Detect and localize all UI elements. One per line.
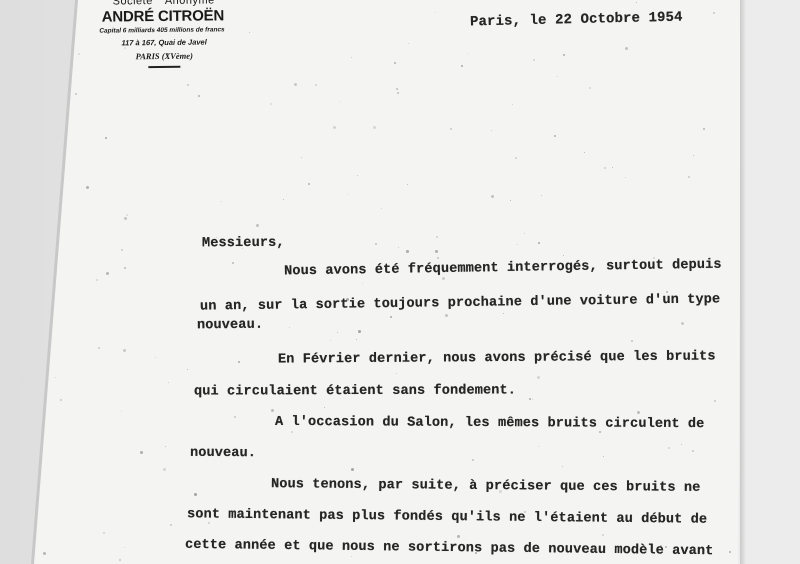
paper-speck [625, 177, 626, 178]
paper-speck [398, 247, 399, 248]
paper-speck [436, 236, 438, 238]
company-capital: Capital 6 milliards 405 millions de fran… [84, 24, 240, 38]
paper-speck [636, 2, 637, 3]
paper-speck [121, 249, 123, 251]
paper-speck [396, 373, 397, 374]
paper-speck [461, 65, 463, 67]
paper-speck [713, 12, 715, 14]
body-line: nouveau. [197, 318, 263, 334]
paper-speck [339, 101, 340, 102]
paper-speck [408, 43, 409, 44]
paper-speck [394, 62, 396, 64]
paper-speck [612, 167, 613, 168]
paper-speck [194, 493, 197, 496]
paper-speck [602, 534, 604, 536]
paper-speck [358, 330, 361, 333]
paper-speck [472, 459, 474, 461]
paper-speck [86, 186, 89, 189]
paper-speck [681, 322, 684, 325]
paper-speck [517, 244, 518, 245]
paper-speck [533, 59, 535, 61]
paper-speck [563, 54, 565, 56]
paper-speck [515, 157, 517, 159]
paper-speck [442, 277, 445, 280]
paper-speck [330, 340, 331, 341]
paper-speck [584, 152, 585, 153]
paper-speck [289, 327, 290, 328]
paper-speck [98, 347, 100, 349]
paper-speck [563, 255, 564, 256]
paper-speck [491, 130, 492, 131]
paper-speck [703, 128, 705, 130]
company-name: ANDRÉ CITROËN [86, 7, 240, 26]
company-type-word-2: Anonyme [165, 0, 215, 7]
paper-speck [333, 126, 336, 129]
paper-speck [283, 199, 284, 200]
paper-speck [294, 83, 297, 86]
paper-speck [163, 468, 166, 471]
paper-speck [315, 84, 317, 86]
paper-speck [524, 233, 525, 234]
paper-speck [445, 314, 448, 317]
company-type-word-1: Société [113, 0, 153, 7]
paper-speck [124, 217, 127, 220]
paper-speck [348, 194, 349, 195]
paper-speck [324, 407, 325, 408]
paper-speck [693, 155, 694, 156]
paper-speck [271, 409, 274, 412]
paper-speck [450, 128, 452, 130]
paper-speck [168, 382, 169, 383]
paper-speck [491, 195, 494, 198]
paper-speck [232, 262, 234, 264]
paper-speck [714, 400, 716, 402]
paper-speck [554, 135, 556, 137]
paper-speck [221, 201, 222, 202]
paper-speck [562, 466, 563, 467]
paper-speck [557, 76, 558, 77]
paper-speck [357, 175, 358, 176]
paper-speck [238, 361, 240, 363]
paper-speck [538, 242, 540, 244]
paper-speck [351, 468, 354, 471]
paper-speck [249, 32, 250, 33]
paper-speck [688, 176, 690, 178]
body-line: nouveau. [190, 446, 256, 461]
paper-speck [529, 398, 531, 400]
paper-speck [603, 456, 604, 457]
paper-speck [126, 214, 128, 216]
paper-speck [96, 279, 98, 281]
paper-speck [381, 208, 382, 209]
paper-speck [301, 157, 302, 158]
paper-speck [119, 559, 121, 561]
paper-speck [681, 444, 682, 445]
paper-speck [390, 316, 392, 318]
paper-speck [308, 183, 310, 185]
paper-speck [604, 167, 606, 169]
paper-speck [668, 447, 670, 449]
paper-speck [397, 92, 399, 94]
paper-speck [170, 524, 172, 526]
paper-speck [256, 224, 259, 227]
paper-speck [510, 200, 511, 201]
paper-speck [60, 399, 62, 401]
paper-speck [351, 556, 352, 557]
paper-speck [512, 104, 513, 105]
paper-speck [631, 340, 633, 342]
paper-speck [103, 532, 105, 534]
paper-right-edge [740, 0, 746, 564]
paper-speck [75, 93, 77, 95]
paper-speck [541, 195, 542, 196]
body-line: En Février dernier, nous avons précisé q… [278, 349, 716, 367]
paper-speck [637, 411, 640, 414]
paper-speck [406, 250, 409, 253]
paper-speck [692, 450, 694, 452]
paper-speck [140, 451, 143, 454]
paper-speck [356, 339, 357, 340]
paper-speck [589, 87, 591, 89]
paper-speck [270, 103, 272, 105]
paper-speck [165, 446, 166, 447]
body-line: A l'occasion du Salon, les mêmes bruits … [275, 415, 704, 432]
salutation: Messieurs, [202, 236, 285, 252]
paper-speck [187, 84, 189, 86]
paper-speck [729, 551, 731, 553]
paper-speck [121, 411, 122, 412]
paper-speck [124, 267, 126, 269]
paper-speck [362, 283, 363, 284]
paper-speck [538, 446, 539, 447]
body-line: qui circulaient étaient sans fondement. [194, 383, 516, 399]
paper-speck [291, 431, 293, 433]
letterhead-rule [148, 66, 180, 68]
paper-speck [337, 332, 338, 333]
paper-speck [532, 399, 533, 400]
paper-speck [503, 313, 504, 314]
company-city: PARIS (XVème) [88, 48, 240, 64]
paper-speck [124, 547, 125, 548]
paper-speck [187, 369, 188, 370]
paper-speck [198, 95, 200, 97]
paper-speck [375, 243, 377, 245]
paper-speck [435, 250, 438, 253]
paper-speck [468, 53, 469, 54]
paper-speck [457, 535, 460, 538]
paper-speck [106, 272, 109, 275]
paper-speck [373, 126, 376, 129]
letterhead: SociétéAnonyme ANDRÉ CITROËN Capital 6 m… [80, 0, 241, 69]
paper-speck [625, 47, 628, 50]
paper-speck [43, 552, 46, 555]
paper-speck [537, 376, 540, 379]
paper-speck [155, 357, 156, 358]
paper-speck [55, 377, 56, 378]
paper-speck [105, 137, 107, 139]
paper-speck [407, 184, 408, 185]
paper-speck [396, 88, 398, 90]
paper-speck [437, 257, 439, 259]
paper-speck [435, 12, 436, 13]
paper-speck [123, 349, 126, 352]
paper-speck [351, 57, 352, 58]
paper-speck [234, 416, 236, 418]
